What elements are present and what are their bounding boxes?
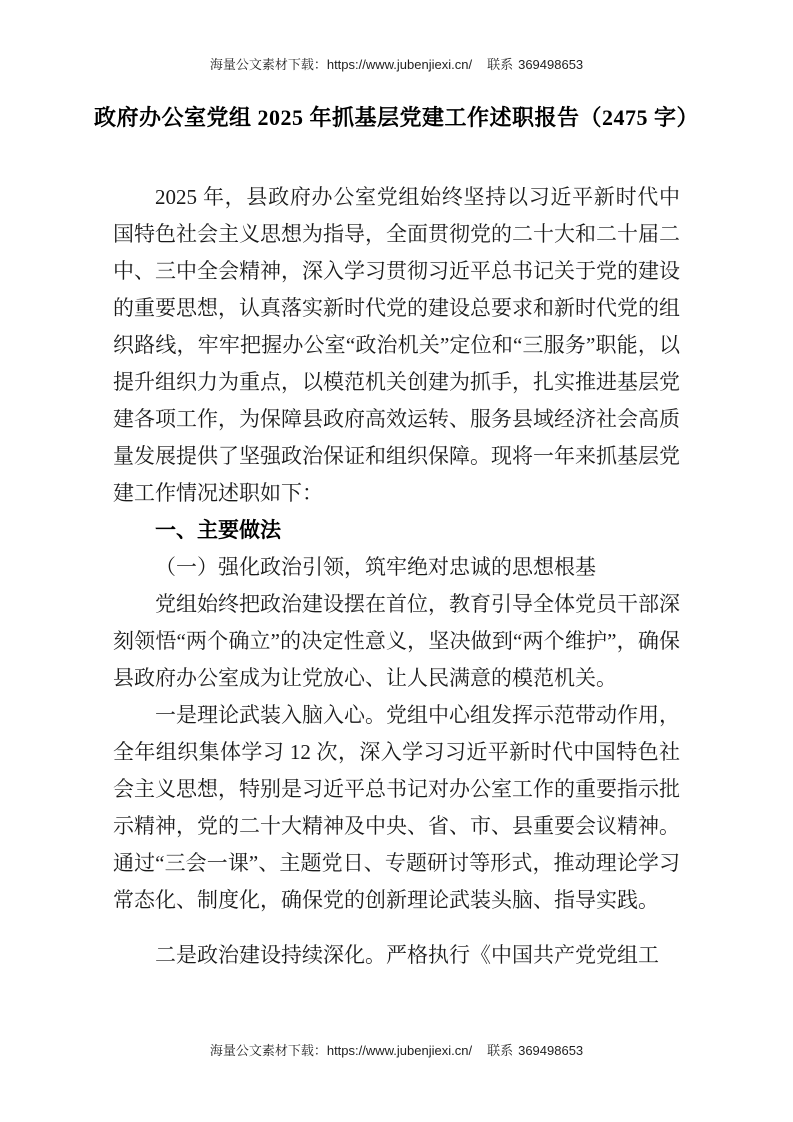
paragraph: 党组始终把政治建设摆在首位，教育引导全体党员干部深刻领悟“两个确立”的决定性意义… [113,586,680,697]
paragraph: 二是政治建设持续深化。严格执行《中国共产党党组工 [113,937,680,974]
header-contact-label: 联系 [487,57,513,72]
header-site-label: 海量公文素材下载： [210,57,327,72]
header-url: https://www.jubenjiexi.cn/ [327,57,472,72]
section-heading: 一、主要做法 [113,512,680,549]
subsection-heading: （一）强化政治引领，筑牢绝对忠诚的思想根基 [113,549,680,586]
paragraph: 2025 年，县政府办公室党组始终坚持以习近平新时代中国特色社会主义思想为指导，… [113,179,680,512]
page-footer: 海量公文素材下载：https://www.jubenjiexi.cn/联系369… [0,1040,793,1059]
footer-contact-number: 369498653 [518,1043,583,1058]
page-header: 海量公文素材下载：https://www.jubenjiexi.cn/联系369… [0,54,793,73]
paragraph: 一是理论武装入脑入心。党组中心组发挥示范带动作用，全年组织集体学习 12 次，深… [113,697,680,919]
document-body: 2025 年，县政府办公室党组始终坚持以习近平新时代中国特色社会主义思想为指导，… [113,179,680,974]
footer-url: https://www.jubenjiexi.cn/ [327,1043,472,1058]
header-contact-number: 369498653 [518,57,583,72]
footer-site-label: 海量公文素材下载： [210,1043,327,1058]
footer-contact-label: 联系 [487,1043,513,1058]
document-title: 政府办公室党组 2025 年抓基层党建工作述职报告（2475 字） [0,101,793,132]
document-page: 海量公文素材下载：https://www.jubenjiexi.cn/联系369… [0,0,793,1122]
